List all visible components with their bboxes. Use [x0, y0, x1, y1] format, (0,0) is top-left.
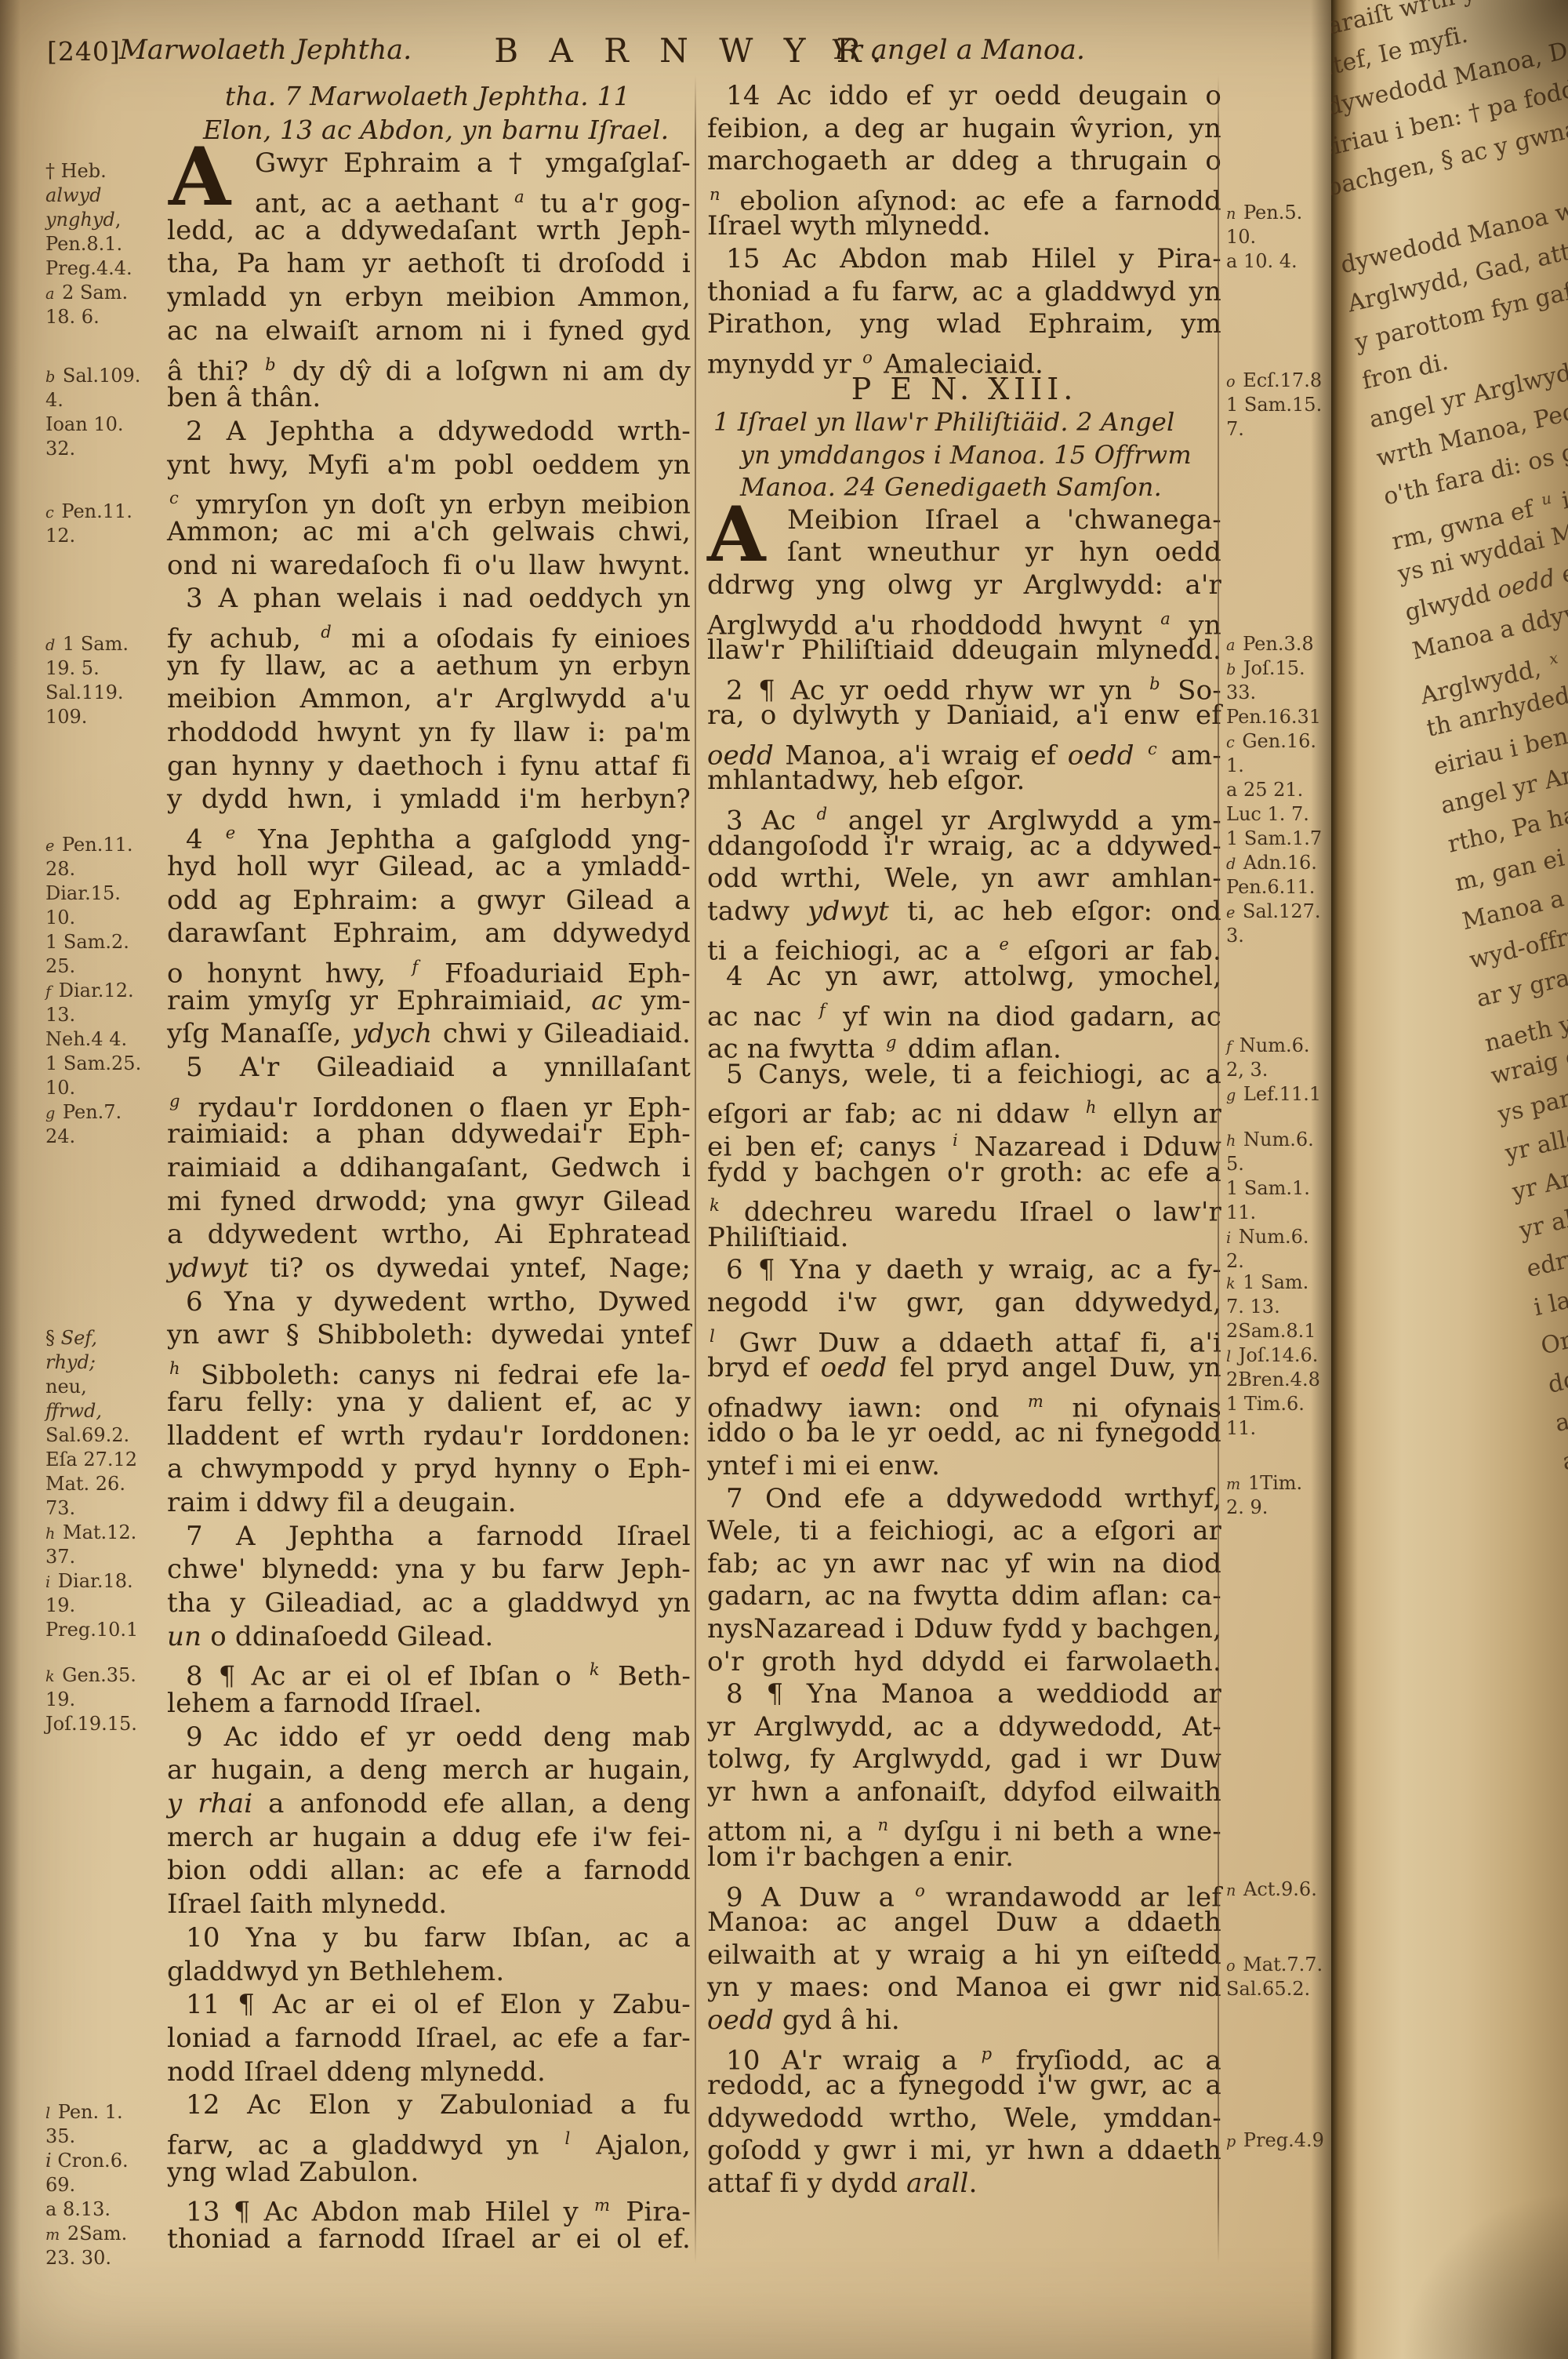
text-line: raim i ddwy fil a deugain.: [167, 1486, 691, 1520]
adjacent-page-edge: wraig, adodd wrth y wraiddywedodd wilafa…: [1331, 0, 1568, 2359]
margin-note-line: neu,: [45, 1375, 165, 1399]
text-line: tha, Pa ham yr aethoſt ti droſodd i: [167, 247, 691, 281]
margin-note-line: b Sal.109.: [45, 364, 165, 388]
text-line: ddangoſodd i'r wraig, ac a ddywed-: [707, 831, 1221, 863]
margin-note-line: 109.: [45, 705, 165, 729]
margin-note-line: h Mat.12.: [45, 1521, 165, 1545]
text-line: negodd i'w gwr, gan ddywedyd,: [707, 1287, 1221, 1320]
margin-note-line: Preg.4.4.: [45, 256, 165, 281]
text-line: l Gwr Duw a ddaeth attaf fi, a'i: [707, 1320, 1221, 1353]
text-line: k ddechreu waredu Iſrael o law'r: [707, 1189, 1221, 1222]
text-line: odd wrthi, Wele, yn awr amhlan-: [707, 863, 1221, 896]
text-line: ydwyt ti? os dywedai yntef, Nage;: [167, 1252, 691, 1285]
text-line: bion oddi allan: ac efe a farnodd: [167, 1854, 691, 1888]
text-line: faru felly: yna y dalient ef, ac y: [167, 1386, 691, 1419]
text-line: ys pan ddyrchafodd y fflam: [1495, 983, 1568, 1135]
margin-note-line: 69.: [45, 2173, 165, 2197]
text-line: a ddywedent wrtho, Ai Ephratead: [167, 1218, 691, 1252]
text-line: gan hynny y daethoch i fynu attaf fi: [167, 750, 691, 783]
text-line: tha y Gileadiad, ac a gladdwyd yn: [167, 1587, 691, 1620]
text-line: wraig oedd yn edrych.: [1488, 944, 1568, 1096]
margin-note-group: e Pen.11.28.Diar.15.10.1 Sam.2.25.f Diar…: [45, 833, 165, 1149]
text-line: oedd Manoa, a'i wraig ef oedd c am-: [707, 732, 1221, 765]
text-line: 12 Ac Elon y Zabuloniad a fu: [167, 2088, 691, 2122]
margin-note-line: Mat. 26.: [45, 1472, 165, 1496]
margin-note-line: rhyd;: [45, 1350, 165, 1375]
text-line: odd ag Ephraim: a gwyr Gilead a: [167, 884, 691, 918]
margin-note-group: § Sef,rhyd;neu,ffrwd,Sal.69.2.Eſa 27.12M…: [45, 1326, 165, 1642]
text-line: ofnadwy iawn: ond m ni ofynais: [707, 1385, 1221, 1418]
text-line: yr Arglwydd a ddyrchafod: [1509, 1060, 1568, 1212]
text-line: 15 Ac Abdon mab Hilel y Pira-: [707, 243, 1221, 276]
text-line: 3 Ac d angel yr Arglwydd a ym-: [707, 798, 1221, 831]
text-line: tadwy ydwyt ti, ac heb eſgor: ond: [707, 896, 1221, 929]
text-line: 8 ¶ Ac ar ei ol ef Ibſan o k Beth-: [167, 1653, 691, 1687]
margin-note-line: 19. 5.: [45, 656, 165, 681]
left-margin-notes: † Heb.alwydynghyd,Pen.8.1.Preg.4.4.a 2 S…: [45, 0, 165, 2359]
text-line: y rhai a anfonodd efe allan, a deng: [167, 1787, 691, 1821]
margin-note-line: i Diar.18.: [45, 1569, 165, 1594]
running-title-right: Yr angel a Manoa.: [831, 35, 1085, 66]
text-line: farw, ac a gladdwyd yn l Ajalon,: [167, 2122, 691, 2156]
text-line: Manoa a ddywedodd wrt: [1409, 520, 1568, 672]
text-line: n ebolion aſynod: ac efe a farnodd: [707, 178, 1221, 211]
text-line: 1 Iſrael yn llaw'r Philiſtiäid. 2 Angel: [707, 406, 1221, 439]
margin-note-line: Pen.8.1.: [45, 232, 165, 256]
margin-note-line: ffrwd,: [45, 1399, 165, 1423]
text-line: 9 A Duw a o wrandawodd ar lef: [707, 1874, 1221, 1907]
margin-note-group: † Heb.alwydynghyd,Pen.8.1.Preg.4.4.a 2 S…: [45, 159, 165, 329]
text-line: raimiaid: a phan ddywedai'r Eph-: [167, 1118, 691, 1151]
text-line: 7 A Jephtha a farnodd Iſrael: [167, 1520, 691, 1554]
margin-note-line: Diar.15.: [45, 881, 165, 906]
text-line: eſgori ar fab; ac ni ddaw h ellyn ar: [707, 1091, 1221, 1124]
margin-note-line: § Sef,: [45, 1326, 165, 1350]
text-line: rm, gwna ef u i'r Argl: [1388, 404, 1568, 556]
margin-note-line: 24.: [45, 1125, 165, 1149]
text-line: yr hwn a anfonaiſt, ddyfod eilwaith: [707, 1776, 1221, 1809]
text-line: eiriau i ben: † pa fodd y: [1331, 18, 1568, 170]
margin-note-line: 18. 6.: [45, 305, 165, 329]
text-line: darawſant Ephraim, am ddywedyd: [167, 917, 691, 951]
text-line: o'th fara di: os gwna: [1381, 365, 1568, 518]
text-line: a chwympodd y pryd hynny o Eph-: [167, 1452, 691, 1486]
text-line: Arglwydd, x Beth yw d: [1416, 558, 1568, 711]
margin-note-line: 32.: [45, 437, 165, 461]
margin-note-line: c Pen.11.: [45, 500, 165, 524]
text-line: ddywedodd wrtho, Wele, ymddan-: [707, 2103, 1221, 2135]
margin-note-line: 25.: [45, 954, 165, 979]
text-line: bachgen, § ac y gwnawn: [1331, 56, 1568, 209]
text-line: Manoa: ac angel Duw a ddaeth: [707, 1906, 1221, 1939]
text-line: 2 A Jephtha a ddywedodd wrth-: [167, 415, 691, 449]
margin-note-group: b Sal.109.4.Ioan 10.32.: [45, 364, 165, 461]
text-line: [1331, 95, 1568, 247]
text-line: attom ni, a n dyſgu i ni beth a wne-: [707, 1808, 1221, 1841]
scanned-book-page: [240] Marwolaeth Jephtha. B A R N W Y R.…: [0, 0, 1568, 2359]
text-line: wrth Manoa, Ped attelit fi: [1374, 326, 1568, 478]
text-line: yr allor tu a'r nefoedd, yn: [1502, 1022, 1568, 1174]
text-line: yng wlad Zabulon.: [167, 2156, 691, 2190]
text-line: thoniad a fu farw, ac a gladdwyd yn: [707, 276, 1221, 309]
margin-note-group: d 1 Sam.19. 5.Sal.119.109.: [45, 632, 165, 729]
text-line: ynt hwy, Myfi a'm pobl oeddem yn: [167, 449, 691, 482]
text-line: eiriau i ben?: [1431, 635, 1568, 787]
text-line: yr allor: a Manoa a'i wrai: [1516, 1099, 1568, 1251]
margin-note-line: 19.: [45, 1594, 165, 1618]
text-line: 5 Canys, wele, ti a feichiogi, ac a: [707, 1059, 1221, 1092]
text-line: yr Arglwydd, ac a ddywedodd, At-: [707, 1711, 1221, 1744]
text-line: m, gan ei fod § yn rhyfeddol: [1452, 751, 1568, 903]
text-line: meibion Ammon, a'r Arglwydd a'u: [167, 682, 691, 716]
column-divider-right: [1218, 75, 1219, 2263]
margin-note-line: 12.: [45, 524, 165, 548]
text-line: Gwyr Ephraim a † ymgaſglaſ-: [167, 147, 691, 180]
text-line: 6 ¶ Yna y daeth y wraig, ac a fy-: [707, 1254, 1221, 1287]
margin-note-line: 1 Sam.2.: [45, 930, 165, 954]
text-line: feibion, a deg ar hugain ŵyrion, yn: [707, 113, 1221, 146]
text-line: o'r groth hyd ddydd ei farwolaeth.: [707, 1646, 1221, 1679]
text-line: redodd, ac a fynegodd i'w gwr, ac a: [707, 2070, 1221, 2103]
text-line: P E N. XIII.: [707, 373, 1221, 406]
text-line: dd ymddangos mwyach: [1545, 1253, 1568, 1405]
text-line: raimiaid a ddihangaſant, Gedwch i: [167, 1151, 691, 1185]
text-line: ant, ac a aethant a tu a'r gog-: [167, 180, 691, 214]
text-line: Iſrael ſaith mlynedd.: [167, 1888, 691, 1921]
text-line: 4 e Yna Jephtha a gaſglodd yng-: [167, 816, 691, 850]
text-line: 14 Ac iddo ef yr oedd deugain o: [707, 80, 1221, 113]
text-line: Meibion Iſrael a 'chwanega-: [707, 504, 1221, 537]
text-line: Arglwydd a'u rhoddodd hwynt a yn: [707, 602, 1221, 635]
text-line: Manoa a gymmerth fy: [1459, 790, 1568, 942]
text-line: h Sibboleth: canys ni fedrai efe la-: [167, 1352, 691, 1386]
text-line: lladdent ef wrth rydau'r Iorddonen:: [167, 1419, 691, 1453]
margin-note-line: Sal.69.2.: [45, 1423, 165, 1448]
margin-note-line: Eſa 27.12: [45, 1448, 165, 1472]
text-line: ddywedodd wi: [1331, 0, 1568, 16]
text-line: wyd-offrwm, ac a i hoff: [1466, 828, 1568, 980]
adjacent-page-text: wraig, adodd wrth y wraiddywedodd wilafa…: [1331, 0, 1568, 2100]
text-line: yn awr § Shibboleth: dywedai yntef: [167, 1318, 691, 1352]
text-line: lehem a farnodd Iſrael.: [167, 1687, 691, 1721]
text-line: ei ben ef; canys i Nazaread i Dduw: [707, 1124, 1221, 1157]
text-line: ar y graig i'r Arglwydd: a: [1473, 867, 1568, 1020]
margin-note-line: alwyd: [45, 184, 165, 208]
margin-note-line: a 2 Sam.: [45, 281, 165, 305]
text-line: Arglwydd, Gad, attolwg,: [1345, 173, 1568, 325]
margin-note-line: i Cron.6.: [45, 2149, 165, 2173]
text-line: 5 A'r Gileadiaid a ynnillaſant: [167, 1051, 691, 1085]
text-line: naeth yn a rhyfedd; a Ma: [1481, 906, 1568, 1058]
margin-note-line: 19.: [45, 1688, 165, 1712]
text-line: i lawr ar eu hwynebau.: [1530, 1176, 1568, 1329]
margin-note-line: 1 Sam.25.: [45, 1052, 165, 1076]
text-line: 13 ¶ Ac Abdon mab Hilel y m Pira-: [167, 2189, 691, 2223]
margin-note-line: 23. 30.: [45, 2246, 165, 2270]
text-line: glwydd oedd efe.: [1402, 481, 1568, 633]
text-line: Manoa. 24 Genedigaeth Samſon.: [707, 471, 1221, 504]
text-line: rhoddodd hwynt yn fy llaw i: pa'm: [167, 716, 691, 750]
text-line: bryd ef oedd fel pryd angel Duw, yn: [707, 1352, 1221, 1385]
text-line: 11 ¶ Ac ar ei ol ef Elon y Zabu-: [167, 1988, 691, 2022]
margin-note-line: 28.: [45, 857, 165, 881]
margin-note-line: 73.: [45, 1496, 165, 1521]
text-line: y parottom fyn gaf: [1352, 211, 1568, 363]
margin-note-line: g Pen.7.: [45, 1100, 165, 1125]
text-line: rtho, Pa ham yr ymofyn: [1445, 713, 1568, 865]
text-line: hyd holl wyr Gilead, ac a ymladd-: [167, 850, 691, 884]
text-line: gladdwyd yn Bethlehem.: [167, 1955, 691, 1989]
margin-note-group: k Gen.35.19.Joſ.19.15.: [45, 1663, 165, 1736]
text-line: fron di.: [1359, 249, 1568, 402]
text-line: Philiſtiaid.: [707, 1222, 1221, 1255]
margin-note-group: l Pen. 1.35.i Cron.6.69.a 8.13.m 2Sam.23…: [45, 2100, 165, 2270]
text-line: merch ar hugain a ddug efe i'w fei-: [167, 1821, 691, 1855]
text-line: o honynt hwy, f Ffoaduriaid Eph-: [167, 951, 691, 984]
text-line: 3 A phan welais i nad oeddych yn: [167, 582, 691, 616]
margin-note-line: Joſ.19.15.: [45, 1712, 165, 1736]
margin-note-line: e Pen.11.: [45, 833, 165, 857]
margin-note-line: Neh.4 4.: [45, 1027, 165, 1052]
text-line: ddrwg yng olwg yr Arglwydd: a'r: [707, 569, 1221, 602]
page-header: [240] Marwolaeth Jephtha. B A R N W Y R.…: [0, 30, 1333, 85]
left-text-column: A tha. 7 Marwolaeth Jephtha. 11Elon, 13 …: [167, 80, 691, 2256]
text-line: yntef i mi ei enw.: [707, 1450, 1221, 1483]
text-line: angel yr Arglwydd oedd: [1559, 1330, 1568, 1482]
text-line: ti a feichiogi, ac a e eſgori ar fab.: [707, 928, 1221, 961]
text-line: mynydd yr o Amaleciaid.: [707, 341, 1221, 374]
text-line: 4 Ac yn awr, attolwg, ymochel,: [707, 961, 1221, 994]
margin-note-group: c Pen.11.12.: [45, 500, 165, 548]
column-divider-center: [695, 75, 696, 2263]
margin-note-line: † Heb.: [45, 159, 165, 184]
text-line: un o ddinaſoedd Gilead.: [167, 1620, 691, 1654]
text-line: 6 Yna y dywedent wrtho, Dywed: [167, 1285, 691, 1319]
text-line: goſodd y gwr i mi, yr hwn a ddaeth: [707, 2135, 1221, 2168]
text-line: g rydau'r Iorddonen o flaen yr Eph-: [167, 1085, 691, 1118]
text-line: ſant wneuthur yr hyn oedd: [707, 536, 1221, 569]
margin-note-line: 4.: [45, 388, 165, 413]
text-line: yn y maes: ond Manoa ei gwr nid: [707, 1972, 1221, 2005]
text-line: angel yr Arglwydd a ddy: [1367, 288, 1568, 440]
margin-note-line: Sal.119.: [45, 681, 165, 705]
text-line: th anrhydeddom di pa: [1424, 597, 1568, 749]
margin-note-line: m 2Sam.: [45, 2222, 165, 2246]
margin-note-line: l Pen. 1.: [45, 2100, 165, 2125]
text-line: fy achub, d mi a oſodais fy einioes: [167, 616, 691, 649]
text-line: yntef, Ie myfi.: [1331, 0, 1568, 93]
text-line: raim ymyſg yr Ephraimiaid, ac ym-: [167, 984, 691, 1018]
text-line: Elon, 13 ac Abdon, yn barnu Iſrael.: [167, 114, 691, 147]
text-line: yn ymddangos i Manoa. 15 Offrwm: [707, 439, 1221, 472]
text-line: 10 Yna y bu farw Ibſan, ac a: [167, 1921, 691, 1955]
text-line: ac na fwytta g ddim aflan.: [707, 1026, 1221, 1059]
text-line: lom i'r bachgen a enir.: [707, 1841, 1221, 1874]
text-line: gadarn, ac na fwytta ddim aflan: ca-: [707, 1580, 1221, 1613]
text-line: 10 A'r wraig a p fryſiodd, ac a: [707, 2037, 1221, 2070]
text-line: Wele, ti a feichiogi, ac a eſgori ar: [707, 1515, 1221, 1548]
text-line: Ond ni chwanegodd angel y: [1538, 1215, 1568, 1367]
text-line: dywedodd Manoa wrth: [1338, 133, 1568, 285]
margin-note-line: k Gen.35.: [45, 1663, 165, 1688]
text-line: tolwg, fy Arglwydd, gad i wr Duw: [707, 1743, 1221, 1776]
text-line: mhlantadwy, heb eſgor.: [707, 765, 1221, 798]
text-line: fydd y bachgen o'r groth: ac efe a: [707, 1157, 1221, 1190]
text-line: attaf fi y dydd arall.: [707, 2168, 1221, 2201]
text-line: yſg Manaſſe, ydych chwi y Gileadiaid.: [167, 1017, 691, 1051]
text-line: mi fyned drwodd; yna gwyr Gilead: [167, 1185, 691, 1219]
text-line: â thi? b dy dŷ di a loſgwn ni am dy: [167, 348, 691, 382]
text-line: ledd, ac a ddywedaſant wrth Jeph-: [167, 214, 691, 248]
text-line: nysNazaread i Dduw fydd y bachgen,: [707, 1613, 1221, 1646]
text-line: yn fy llaw, ac a aethum yn erbyn: [167, 649, 691, 683]
text-line: 2 ¶ Ac yr oedd rhyw wr yn b So-: [707, 667, 1221, 700]
margin-note-line: 10.: [45, 906, 165, 930]
text-line: 8 ¶ Yna Manoa a weddiodd ar: [707, 1678, 1221, 1711]
text-line: y dydd hwn, i ymladd i'm herbyn?: [167, 783, 691, 816]
text-line: Ammon; ac mi a'ch gelwais chwi,: [167, 515, 691, 549]
margin-note-line: Preg.10.1: [45, 1618, 165, 1642]
margin-note-line: a 8.13.: [45, 2197, 165, 2222]
margin-note-line: d 1 Sam.: [45, 632, 165, 656]
text-line: thoniad a farnodd Iſrael ar ei ol ef.: [167, 2223, 691, 2256]
text-line: lafaraiſt wrth y wraig: [1331, 0, 1568, 54]
text-line: ac nac f yf win na diod gadarn, ac: [707, 994, 1221, 1027]
text-line: fab; ac yn awr nac yf win na diod: [707, 1548, 1221, 1581]
margin-note-line: f Diar.12.: [45, 979, 165, 1003]
text-line: 7 Ond efe a ddywedodd wrthyf,: [707, 1483, 1221, 1516]
scan-edge-shadow: [0, 0, 20, 2359]
text-line: ond ni waredaſoch fi o'u llaw hwynt.: [167, 549, 691, 583]
text-line: ddywedodd Manoa, Deled: [1331, 0, 1568, 131]
text-line: oedd gyd â hi.: [707, 2005, 1221, 2037]
text-line: iddo o ba le yr oedd, ac ni fynegodd: [707, 1417, 1221, 1450]
text-line: 9 Ac iddo ef yr oedd deng mab: [167, 1721, 691, 1754]
text-line: tha. 7 Marwolaeth Jephtha. 11: [167, 80, 691, 114]
text-line: ra, o dylwyth y Daniaid, a'i enw ef: [707, 700, 1221, 732]
text-line: ymladd yn erbyn meibion Ammon,: [167, 281, 691, 314]
text-line: ac i'w wraig) yna y gwybu: [1552, 1292, 1568, 1444]
text-line: Pirathon, yng wlad Ephraim, ym: [707, 308, 1221, 341]
text-line: marchogaeth ar ddeg a thrugain o: [707, 145, 1221, 178]
text-line: ys ni wyddai Manoa ma: [1395, 442, 1568, 594]
text-line: edrych ar hynny, ac a ſyr: [1523, 1137, 1568, 1289]
right-text-column: A 14 Ac iddo ef yr oedd deugain ofeibion…: [707, 80, 1221, 2201]
text-line: c ymryſon yn doſt yn erbyn meibion: [167, 482, 691, 515]
text-line: ar hugain, a deng merch ar hugain,: [167, 1754, 691, 1787]
margin-note-line: ynghyd,: [45, 208, 165, 232]
text-line: Iſrael wyth mlynedd.: [707, 210, 1221, 243]
text-line: eilwaith at y wraig a hi yn eiſtedd: [707, 1939, 1221, 1972]
text-line: angel yr Arglwydd a ddy: [1438, 674, 1568, 827]
margin-note-line: 13.: [45, 1003, 165, 1027]
text-line: loniad a farnodd Iſrael, ac efe a far-: [167, 2022, 691, 2055]
text-line: ben â thân.: [167, 381, 691, 415]
text-line: llaw'r Philiſtiaid ddeugain mlynedd.: [707, 634, 1221, 667]
margin-note-line: 37.: [45, 1545, 165, 1569]
margin-note-line: 35.: [45, 2125, 165, 2149]
margin-note-line: 10.: [45, 1076, 165, 1100]
text-line: ac na elwaiſt arnom ni i fyned gyd: [167, 314, 691, 348]
margin-note-line: Ioan 10.: [45, 413, 165, 437]
text-line: nodd Iſrael ddeng mlynedd.: [167, 2055, 691, 2089]
text-line: chwe' blynedd: yna y bu farw Jeph-: [167, 1553, 691, 1587]
